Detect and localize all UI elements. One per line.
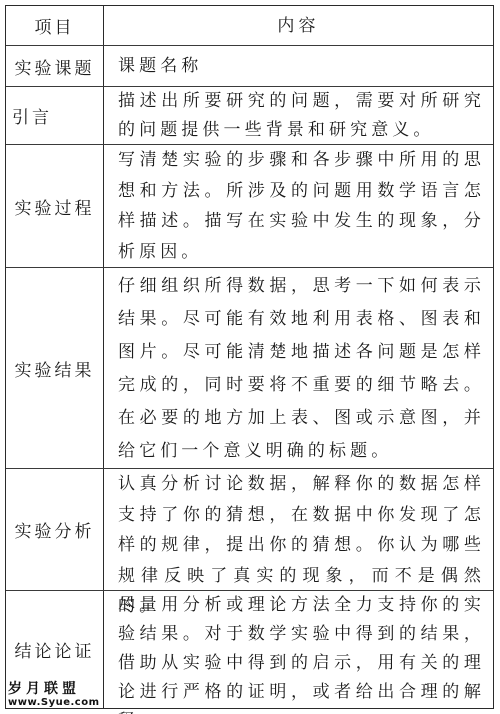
header-label-cell: 项目 xyxy=(6,6,104,45)
table-row-results: 实验结果 仔细组织所得数据，思考一下如何表示结果。尽可能有效地利用表格、图表和图… xyxy=(6,268,493,469)
row-label: 实验分析 xyxy=(6,469,104,590)
row-label: 实验过程 xyxy=(6,145,104,267)
row-content: 尽量用分析或理论方法全力支持你的实验结果。对于数学实验中得到的结果，借助从实验中… xyxy=(104,591,493,708)
row-content: 课题名称 xyxy=(104,46,493,86)
watermark-title: 岁月联盟 xyxy=(8,681,88,697)
row-content: 仔细组织所得数据，思考一下如何表示结果。尽可能有效地利用表格、图表和图片。尽可能… xyxy=(104,268,493,468)
table-row-process: 实验过程 写清楚实验的步骤和各步骤中所用的思想和方法。所涉及的问题用数学语言怎样… xyxy=(6,145,493,268)
experiment-report-table: 项目 内容 实验课题 课题名称 引言 描述出所要研究的问题，需要对所研究的问题提… xyxy=(5,5,494,709)
table-row-introduction: 引言 描述出所要研究的问题，需要对所研究的问题提供一些背景和研究意义。 xyxy=(6,87,493,145)
row-label: 实验结果 xyxy=(6,268,104,468)
row-label: 引言 xyxy=(6,87,104,144)
table-header-row: 项目 内容 xyxy=(6,6,493,46)
row-content: 写清楚实验的步骤和各步骤中所用的思想和方法。所涉及的问题用数学语言怎样描述。描写… xyxy=(104,145,493,267)
row-label: 实验课题 xyxy=(6,46,104,86)
table-row-analysis: 实验分析 认真分析讨论数据，解释你的数据怎样支持了你的猜想，在数据中你发现了怎样… xyxy=(6,469,493,591)
row-content: 认真分析讨论数据，解释你的数据怎样支持了你的猜想，在数据中你发现了怎样的规律，提… xyxy=(104,469,493,590)
header-content-cell: 内容 xyxy=(104,6,493,45)
table-row-topic: 实验课题 课题名称 xyxy=(6,46,493,87)
row-content: 描述出所要研究的问题，需要对所研究的问题提供一些背景和研究意义。 xyxy=(104,87,493,144)
site-watermark: 岁月联盟 www.Syue.com xyxy=(8,681,88,709)
watermark-url: www.Syue.com xyxy=(8,697,88,709)
